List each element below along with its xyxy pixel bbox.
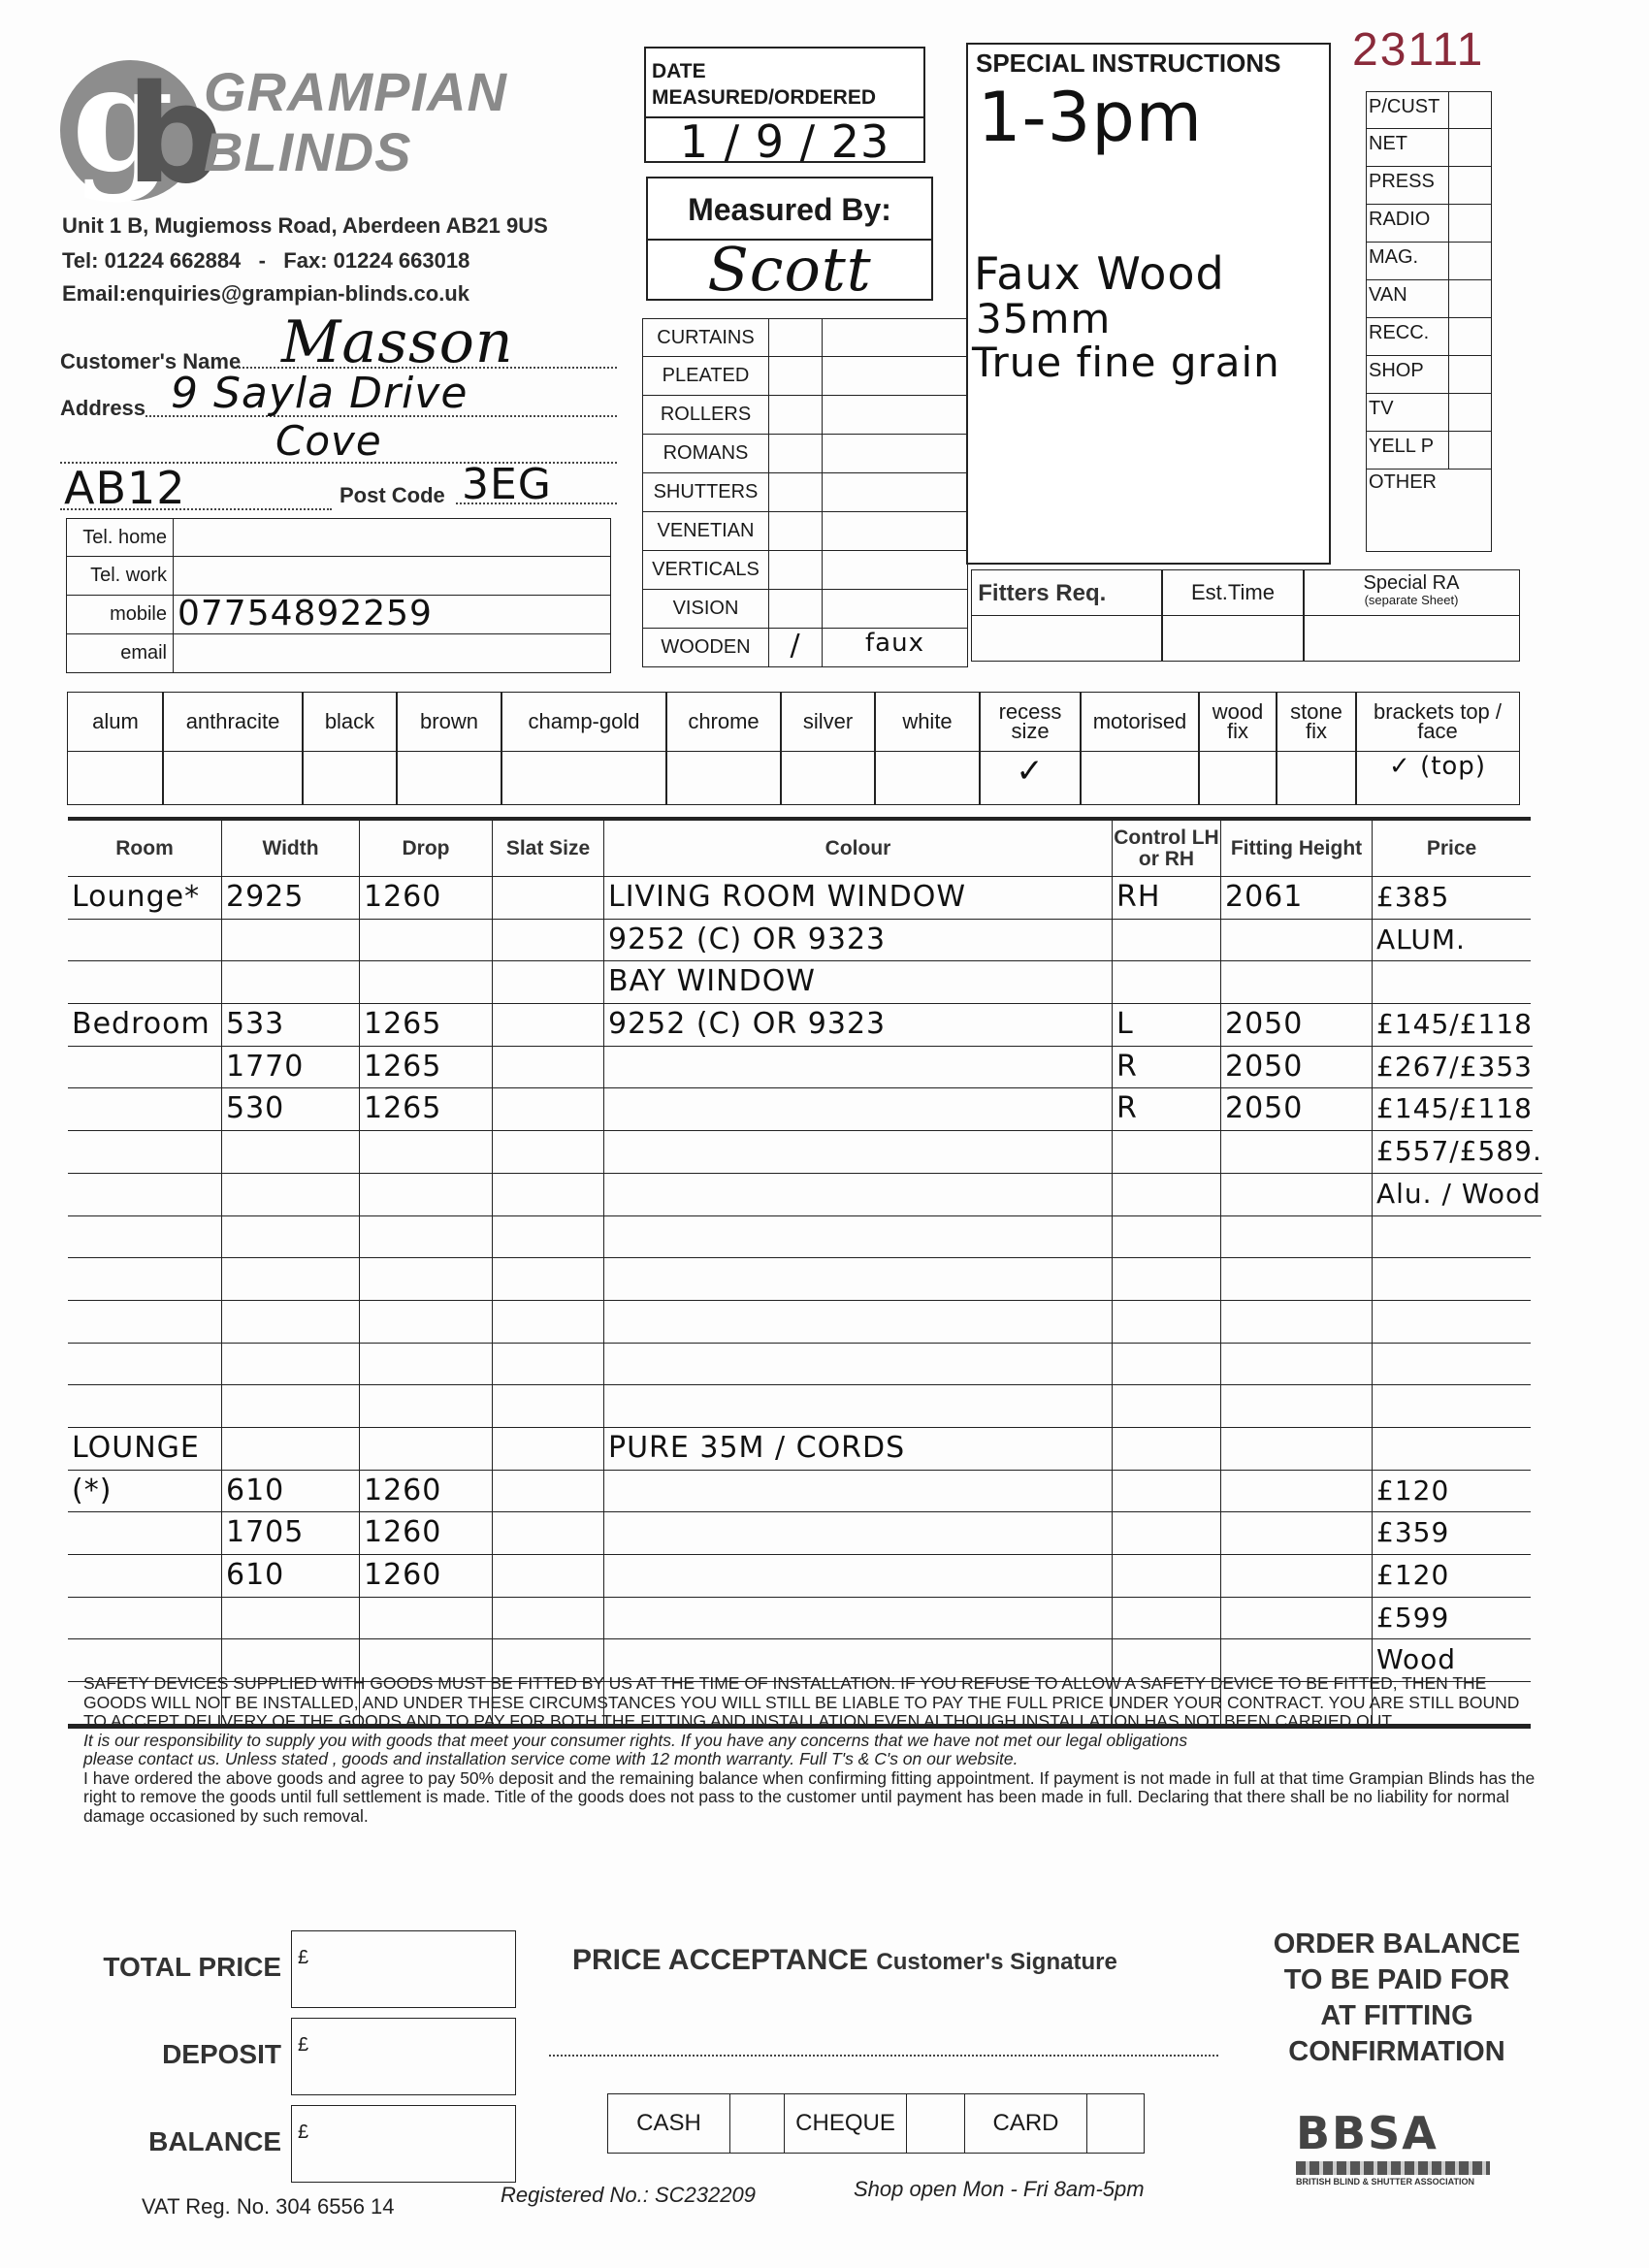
email-field[interactable] bbox=[174, 634, 610, 672]
colour-cell[interactable]: BAY WINDOW bbox=[603, 961, 1112, 1004]
slat-size-cell[interactable] bbox=[492, 1428, 603, 1471]
total-price-label: TOTAL PRICE bbox=[78, 1952, 281, 1983]
special-ra-field[interactable] bbox=[1303, 615, 1520, 662]
room-cell[interactable] bbox=[68, 1216, 221, 1259]
product-type-row: VERTICALS bbox=[642, 551, 968, 590]
colour-cell[interactable]: PURE 35M / CORDS bbox=[603, 1428, 1112, 1471]
fitting-height-cell[interactable] bbox=[1220, 1471, 1372, 1513]
fitting-height-cell[interactable] bbox=[1220, 1258, 1372, 1301]
room-cell[interactable] bbox=[68, 1174, 221, 1216]
option-silver[interactable] bbox=[780, 751, 876, 805]
product-types-table: CURTAINS PLEATED ROLLERS ROMANS SHUTTERS… bbox=[642, 318, 968, 667]
special-ra-label: Special RA(separate Sheet) bbox=[1303, 569, 1520, 616]
control-cell[interactable] bbox=[1112, 1216, 1220, 1259]
contact-row: Tel. work bbox=[66, 557, 611, 596]
control-cell[interactable] bbox=[1112, 1385, 1220, 1428]
source-checkbox[interactable] bbox=[1449, 318, 1491, 355]
order-row: LOUNGEPURE 35M / CORDS bbox=[68, 1428, 1531, 1471]
slat-size-cell[interactable] bbox=[492, 1174, 603, 1216]
drop-cell[interactable]: 1260 bbox=[359, 877, 492, 920]
order-table-header: Room Width Drop Slat Size Colour Control… bbox=[68, 821, 1531, 877]
product-type-row: ROMANS bbox=[642, 435, 968, 473]
product-type-check[interactable] bbox=[769, 435, 823, 472]
order-row bbox=[68, 1385, 1531, 1428]
price-cell[interactable]: £145/£118 bbox=[1372, 1088, 1533, 1131]
source-row[interactable]: RADIO bbox=[1366, 205, 1492, 243]
control-cell[interactable] bbox=[1112, 1301, 1220, 1344]
fitting-height-cell[interactable] bbox=[1220, 1428, 1372, 1471]
control-cell[interactable] bbox=[1112, 961, 1220, 1004]
slat-size-cell[interactable] bbox=[492, 1598, 603, 1640]
colour-cell[interactable] bbox=[603, 1174, 1112, 1216]
price-cell[interactable] bbox=[1372, 1428, 1531, 1471]
option-wood-fix[interactable] bbox=[1198, 751, 1277, 805]
price-cell[interactable]: £145/£118 bbox=[1372, 1004, 1533, 1047]
order-row: (*)6101260£120 bbox=[68, 1471, 1531, 1513]
product-type-check[interactable] bbox=[769, 319, 823, 356]
width-cell[interactable] bbox=[221, 1216, 359, 1259]
fitting-height-cell[interactable]: 2050 bbox=[1220, 1088, 1372, 1131]
fitting-height-cell[interactable] bbox=[1220, 1131, 1372, 1174]
width-cell[interactable] bbox=[221, 1131, 359, 1174]
order-row bbox=[68, 1344, 1531, 1386]
slat-size-cell[interactable] bbox=[492, 877, 603, 920]
price-cell[interactable]: £557/£589. bbox=[1372, 1131, 1542, 1174]
order-row: £599 bbox=[68, 1598, 1531, 1640]
terms-text: SAFETY DEVICES SUPPLIED WITH GOODS MUST … bbox=[83, 1674, 1538, 1826]
fitting-height-cell[interactable] bbox=[1220, 961, 1372, 1004]
room-cell[interactable] bbox=[68, 1385, 221, 1428]
width-cell[interactable] bbox=[221, 920, 359, 962]
control-cell[interactable]: L bbox=[1112, 1004, 1220, 1047]
source-row[interactable]: YELL P bbox=[1366, 432, 1492, 470]
room-cell[interactable] bbox=[68, 1555, 221, 1598]
option-recess-size-check[interactable]: ✓ bbox=[979, 751, 1082, 805]
option-chrome[interactable] bbox=[665, 751, 782, 805]
product-type-check[interactable]: / bbox=[769, 629, 823, 666]
source-row[interactable]: NET bbox=[1366, 129, 1492, 167]
order-balance-note: ORDER BALANCE TO BE PAID FOR AT FITTING … bbox=[1251, 1927, 1542, 2070]
drop-cell[interactable] bbox=[359, 1258, 492, 1301]
order-row bbox=[68, 1216, 1531, 1259]
source-checkbox[interactable] bbox=[1449, 356, 1491, 393]
source-checkbox[interactable] bbox=[1449, 432, 1491, 469]
order-row: 6101260£120 bbox=[68, 1555, 1531, 1598]
width-cell[interactable]: 610 bbox=[221, 1471, 359, 1513]
postcode-value[interactable]: 3EG bbox=[462, 460, 552, 509]
order-row bbox=[68, 1258, 1531, 1301]
control-cell[interactable] bbox=[1112, 1555, 1220, 1598]
drop-cell[interactable] bbox=[359, 1428, 492, 1471]
room-cell[interactable] bbox=[68, 961, 221, 1004]
product-type-row: CURTAINS bbox=[642, 318, 968, 357]
drop-cell[interactable] bbox=[359, 1598, 492, 1640]
product-type-check[interactable] bbox=[769, 396, 823, 434]
product-type-row: WOODEN/faux bbox=[642, 629, 968, 667]
slat-size-cell[interactable] bbox=[492, 1004, 603, 1047]
deposit-label: DEPOSIT bbox=[78, 2039, 281, 2070]
fitting-height-cell[interactable] bbox=[1220, 1216, 1372, 1259]
bbsa-mark: BBSA bbox=[1296, 2107, 1490, 2159]
price-cell[interactable]: £120 bbox=[1372, 1555, 1531, 1598]
control-cell[interactable] bbox=[1112, 1174, 1220, 1216]
width-cell[interactable] bbox=[221, 1428, 359, 1471]
source-checkbox[interactable] bbox=[1449, 167, 1491, 204]
special-instructions-box: SPECIAL INSTRUCTIONS 1-3pm Faux Wood 35m… bbox=[966, 43, 1331, 565]
source-row[interactable]: RECC. bbox=[1366, 318, 1492, 356]
product-type-check[interactable] bbox=[769, 551, 823, 589]
tel-home-field[interactable] bbox=[174, 519, 610, 556]
option-brackets-check[interactable]: ✓ (top) bbox=[1355, 751, 1520, 805]
special-instructions-size[interactable]: 35mm bbox=[968, 298, 1329, 340]
company-email: Email:enquiries@grampian-blinds.co.uk bbox=[62, 281, 469, 307]
source-row[interactable]: VAN bbox=[1366, 280, 1492, 318]
balance-label: BALANCE bbox=[78, 2126, 281, 2157]
drop-cell[interactable] bbox=[359, 1344, 492, 1386]
control-cell[interactable] bbox=[1112, 1258, 1220, 1301]
source-checkbox[interactable] bbox=[1449, 394, 1491, 431]
price-cell[interactable] bbox=[1372, 1344, 1531, 1386]
vat-number: VAT Reg. No. 304 6556 14 bbox=[142, 2194, 395, 2219]
payment-cheque-checkbox[interactable] bbox=[907, 2094, 965, 2153]
fitting-height-cell[interactable] bbox=[1220, 1174, 1372, 1216]
address-label: Address bbox=[60, 396, 145, 421]
room-cell[interactable]: (*) bbox=[68, 1471, 221, 1513]
slat-size-cell[interactable] bbox=[492, 1301, 603, 1344]
price-cell[interactable] bbox=[1372, 1258, 1531, 1301]
price-cell[interactable]: £120 bbox=[1372, 1471, 1531, 1513]
price-cell[interactable] bbox=[1372, 961, 1531, 1004]
option-anthracite[interactable] bbox=[162, 751, 304, 805]
width-cell[interactable]: 1705 bbox=[221, 1512, 359, 1555]
source-checkbox[interactable] bbox=[1449, 280, 1491, 317]
payment-card-checkbox[interactable] bbox=[1087, 2094, 1144, 2153]
option-black[interactable] bbox=[302, 751, 398, 805]
order-row: 17701265R2050£267/£353 bbox=[68, 1047, 1531, 1089]
contact-table: Tel. home Tel. work mobile07754892259 em… bbox=[66, 518, 611, 673]
drop-cell[interactable] bbox=[359, 961, 492, 1004]
room-cell[interactable] bbox=[68, 1512, 221, 1555]
special-instructions-time[interactable]: 1-3pm bbox=[968, 82, 1329, 152]
colour-cell[interactable] bbox=[603, 1047, 1112, 1089]
measured-by-value[interactable]: Scott bbox=[648, 241, 931, 299]
drop-cell[interactable] bbox=[359, 1216, 492, 1259]
price-cell[interactable]: ALUM. bbox=[1372, 920, 1531, 962]
shop-hours: Shop open Mon - Fri 8am-5pm bbox=[854, 2177, 1145, 2202]
postcode-label: Post Code bbox=[339, 483, 445, 508]
control-cell[interactable]: R bbox=[1112, 1088, 1220, 1131]
slat-size-cell[interactable] bbox=[492, 1047, 603, 1089]
order-table: Room Width Drop Slat Size Colour Control… bbox=[68, 817, 1531, 1729]
contact-row: mobile07754892259 bbox=[66, 596, 611, 634]
drop-cell[interactable] bbox=[359, 920, 492, 962]
control-cell[interactable] bbox=[1112, 1131, 1220, 1174]
fitting-height-cell[interactable] bbox=[1220, 1598, 1372, 1640]
price-cell[interactable] bbox=[1372, 1301, 1531, 1344]
address-line3-value[interactable]: AB12 bbox=[64, 462, 186, 514]
order-row: Bedroom53312659252 (C) OR 9323L2050£145/… bbox=[68, 1004, 1531, 1047]
customer-signature-line[interactable] bbox=[549, 2055, 1218, 2057]
payment-method-table: CASH CHEQUE CARD bbox=[607, 2093, 1145, 2154]
bbsa-bars-icon bbox=[1296, 2161, 1490, 2175]
price-cell[interactable] bbox=[1372, 1385, 1531, 1428]
payment-cash-label: CASH bbox=[608, 2094, 730, 2153]
option-champ-gold[interactable] bbox=[501, 751, 667, 805]
price-acceptance: PRICE ACCEPTANCE Customer's Signature bbox=[572, 1944, 1117, 1977]
drop-cell[interactable]: 1265 bbox=[359, 1047, 492, 1089]
payment-cash-checkbox[interactable] bbox=[730, 2094, 785, 2153]
room-cell[interactable] bbox=[68, 1131, 221, 1174]
contact-row: Tel. home bbox=[66, 518, 611, 557]
colour-cell[interactable] bbox=[603, 1131, 1112, 1174]
source-row[interactable]: PRESS bbox=[1366, 167, 1492, 205]
mobile-field[interactable]: 07754892259 bbox=[174, 596, 610, 633]
deposit-field[interactable]: £ bbox=[291, 2018, 516, 2095]
est-time-label: Est.Time bbox=[1161, 569, 1305, 616]
special-instructions-finish[interactable]: True fine grain bbox=[968, 340, 1329, 385]
source-row[interactable]: P/CUST bbox=[1366, 91, 1492, 129]
drop-cell[interactable] bbox=[359, 1301, 492, 1344]
customer-name-value[interactable]: Masson bbox=[281, 308, 514, 376]
option-brown[interactable] bbox=[396, 751, 502, 805]
drop-cell[interactable] bbox=[359, 1385, 492, 1428]
slat-size-cell[interactable] bbox=[492, 1555, 603, 1598]
special-instructions-product[interactable]: Faux Wood bbox=[968, 249, 1329, 298]
room-cell[interactable] bbox=[68, 1301, 221, 1344]
fitting-height-cell[interactable] bbox=[1220, 1385, 1372, 1428]
measured-by-label: Measured By: bbox=[648, 178, 931, 241]
width-cell[interactable]: 2925 bbox=[221, 877, 359, 920]
fitting-height-cell[interactable]: 2061 bbox=[1220, 877, 1372, 920]
control-cell[interactable] bbox=[1112, 920, 1220, 962]
fitting-height-cell[interactable] bbox=[1220, 1344, 1372, 1386]
terms-warranty: please contact us. Unless stated , goods… bbox=[83, 1750, 1538, 1769]
slat-size-cell[interactable] bbox=[492, 1131, 603, 1174]
drop-cell[interactable] bbox=[359, 1131, 492, 1174]
width-cell[interactable]: 533 bbox=[221, 1004, 359, 1047]
room-cell[interactable] bbox=[68, 1258, 221, 1301]
price-cell[interactable]: £267/£353 bbox=[1372, 1047, 1533, 1089]
slat-size-cell[interactable] bbox=[492, 1088, 603, 1131]
options-table: alum anthracite black brown champ-gold c… bbox=[68, 693, 1519, 804]
company-address: Unit 1 B, Mugiemoss Road, Aberdeen AB21 … bbox=[62, 213, 548, 239]
address-line2-value[interactable]: Cove bbox=[275, 417, 382, 465]
slat-size-cell[interactable] bbox=[492, 1512, 603, 1555]
colour-cell[interactable] bbox=[603, 1555, 1112, 1598]
measured-by-box: Measured By: Scott bbox=[646, 177, 933, 301]
width-cell[interactable] bbox=[221, 1598, 359, 1640]
slat-size-cell[interactable] bbox=[492, 920, 603, 962]
room-cell[interactable] bbox=[68, 1598, 221, 1640]
order-row: Lounge*29251260LIVING ROOM WINDOWRH2061£… bbox=[68, 877, 1531, 920]
width-cell[interactable] bbox=[221, 1385, 359, 1428]
order-row: 9252 (C) OR 9323ALUM. bbox=[68, 920, 1531, 962]
payment-card-label: CARD bbox=[965, 2094, 1087, 2153]
slat-size-cell[interactable] bbox=[492, 961, 603, 1004]
drop-cell[interactable] bbox=[359, 1174, 492, 1216]
product-type-row: VISION bbox=[642, 590, 968, 629]
width-cell[interactable] bbox=[221, 1258, 359, 1301]
width-cell[interactable] bbox=[221, 961, 359, 1004]
colour-cell[interactable] bbox=[603, 1088, 1112, 1131]
option-alum[interactable] bbox=[67, 751, 164, 805]
drop-cell[interactable]: 1260 bbox=[359, 1555, 492, 1598]
control-cell[interactable]: R bbox=[1112, 1047, 1220, 1089]
product-type-check[interactable] bbox=[769, 473, 823, 511]
option-stone-fix[interactable] bbox=[1276, 751, 1357, 805]
terms-payment: I have ordered the above goods and agree… bbox=[83, 1769, 1538, 1827]
control-cell[interactable] bbox=[1112, 1344, 1220, 1386]
fitting-height-cell[interactable] bbox=[1220, 920, 1372, 962]
order-row bbox=[68, 1301, 1531, 1344]
source-checkbox[interactable] bbox=[1449, 129, 1491, 166]
control-cell[interactable] bbox=[1112, 1471, 1220, 1513]
price-cell[interactable] bbox=[1372, 1216, 1531, 1259]
room-cell[interactable] bbox=[68, 1047, 221, 1089]
slat-size-cell[interactable] bbox=[492, 1344, 603, 1386]
drop-cell[interactable]: 1265 bbox=[359, 1088, 492, 1131]
control-cell[interactable] bbox=[1112, 1428, 1220, 1471]
terms-consumer-rights: It is our responsibility to supply you w… bbox=[83, 1732, 1538, 1751]
room-cell[interactable]: Lounge* bbox=[68, 877, 221, 920]
colour-cell[interactable] bbox=[603, 1598, 1112, 1640]
company-name-line1: GRAMPIAN bbox=[204, 60, 507, 123]
bbsa-subtitle: BRITISH BLIND & SHUTTER ASSOCIATION bbox=[1296, 2177, 1490, 2187]
order-row: £557/£589. bbox=[68, 1131, 1531, 1174]
contact-row: email bbox=[66, 634, 611, 673]
balance-field[interactable]: £ bbox=[291, 2105, 516, 2183]
bbsa-logo: BBSA BRITISH BLIND & SHUTTER ASSOCIATION bbox=[1296, 2107, 1490, 2187]
payment-cheque-label: CHEQUE bbox=[785, 2094, 907, 2153]
fitting-height-cell[interactable] bbox=[1220, 1301, 1372, 1344]
product-type-check[interactable] bbox=[769, 512, 823, 550]
colour-cell[interactable] bbox=[603, 1216, 1112, 1259]
slat-size-cell[interactable] bbox=[492, 1216, 603, 1259]
product-type-row: SHUTTERS bbox=[642, 473, 968, 512]
control-cell[interactable]: RH bbox=[1112, 877, 1220, 920]
slat-size-cell[interactable] bbox=[492, 1471, 603, 1513]
order-row: BAY WINDOW bbox=[68, 961, 1531, 1004]
room-cell[interactable] bbox=[68, 920, 221, 962]
width-cell[interactable]: 1770 bbox=[221, 1047, 359, 1089]
colour-cell[interactable] bbox=[603, 1301, 1112, 1344]
source-checkbox[interactable] bbox=[1449, 92, 1491, 128]
colour-cell[interactable]: 9252 (C) OR 9323 bbox=[603, 920, 1112, 962]
colour-cell[interactable] bbox=[603, 1385, 1112, 1428]
slat-size-cell[interactable] bbox=[492, 1258, 603, 1301]
source-checkbox[interactable] bbox=[1449, 243, 1491, 279]
product-type-check[interactable] bbox=[769, 590, 823, 628]
source-row[interactable]: MAG. bbox=[1366, 243, 1492, 280]
colour-cell[interactable]: 9252 (C) OR 9323 bbox=[603, 1004, 1112, 1047]
source-list: P/CUST NET PRESS RADIO MAG. VAN RECC. SH… bbox=[1366, 91, 1492, 552]
order-row: 17051260£359 bbox=[68, 1512, 1531, 1555]
fitting-height-cell[interactable] bbox=[1220, 1555, 1372, 1598]
address-line1-value[interactable]: 9 Sayla Drive bbox=[171, 369, 468, 418]
colour-cell[interactable] bbox=[603, 1512, 1112, 1555]
control-cell[interactable] bbox=[1112, 1598, 1220, 1640]
date-value[interactable]: 1 / 9 / 23 bbox=[646, 118, 923, 165]
colour-cell[interactable]: LIVING ROOM WINDOW bbox=[603, 877, 1112, 920]
fitting-height-cell[interactable]: 2050 bbox=[1220, 1047, 1372, 1089]
company-name-line2: BLINDS bbox=[204, 120, 411, 183]
product-type-row: PLEATED bbox=[642, 357, 968, 396]
fitting-height-cell[interactable] bbox=[1220, 1512, 1372, 1555]
date-measured-box: DATE MEASURED/ORDERED 1 / 9 / 23 bbox=[644, 47, 925, 163]
source-checkbox[interactable] bbox=[1449, 205, 1491, 242]
room-cell[interactable]: LOUNGE bbox=[68, 1428, 221, 1471]
terms-safety: SAFETY DEVICES SUPPLIED WITH GOODS MUST … bbox=[83, 1674, 1538, 1732]
tel-work-field[interactable] bbox=[174, 557, 610, 595]
fitters-req-label: Fitters Req. bbox=[971, 569, 1163, 616]
drop-cell[interactable]: 1260 bbox=[359, 1512, 492, 1555]
source-row[interactable]: SHOP bbox=[1366, 356, 1492, 394]
room-cell[interactable] bbox=[68, 1344, 221, 1386]
drop-cell[interactable]: 1265 bbox=[359, 1004, 492, 1047]
price-cell[interactable]: £385 bbox=[1372, 877, 1531, 920]
colour-cell[interactable] bbox=[603, 1344, 1112, 1386]
company-contact: Tel: 01224 662884 - Fax: 01224 663018 bbox=[62, 248, 469, 274]
total-price-field[interactable]: £ bbox=[291, 1930, 516, 2008]
width-cell[interactable] bbox=[221, 1174, 359, 1216]
price-cell[interactable]: Alu. / Wood bbox=[1372, 1174, 1541, 1216]
source-row[interactable]: TV bbox=[1366, 394, 1492, 432]
control-cell[interactable] bbox=[1112, 1512, 1220, 1555]
room-cell[interactable] bbox=[68, 1088, 221, 1131]
width-cell[interactable] bbox=[221, 1301, 359, 1344]
option-white[interactable] bbox=[874, 751, 981, 805]
source-other[interactable]: OTHER bbox=[1366, 470, 1492, 552]
product-type-check[interactable] bbox=[769, 357, 823, 395]
width-cell[interactable] bbox=[221, 1344, 359, 1386]
width-cell[interactable]: 610 bbox=[221, 1555, 359, 1598]
colour-cell[interactable] bbox=[603, 1471, 1112, 1513]
drop-cell[interactable]: 1260 bbox=[359, 1471, 492, 1513]
colour-cell[interactable] bbox=[603, 1258, 1112, 1301]
est-time-field[interactable] bbox=[1161, 615, 1305, 662]
width-cell[interactable]: 530 bbox=[221, 1088, 359, 1131]
price-cell[interactable]: £599 bbox=[1372, 1598, 1531, 1640]
fitters-table: Fitters Req. Est.Time Special RA(separat… bbox=[972, 570, 1519, 661]
product-type-row: VENETIAN bbox=[642, 512, 968, 551]
fitters-req-field[interactable] bbox=[971, 615, 1163, 662]
order-row: 5301265R2050£145/£118 bbox=[68, 1088, 1531, 1131]
registered-number: Registered No.: SC232209 bbox=[501, 2183, 756, 2208]
date-label: DATE MEASURED/ORDERED bbox=[646, 49, 923, 118]
serial-number: 23111 bbox=[1352, 23, 1484, 77]
fitting-height-cell[interactable]: 2050 bbox=[1220, 1004, 1372, 1047]
product-type-row: ROLLERS bbox=[642, 396, 968, 435]
room-cell[interactable]: Bedroom bbox=[68, 1004, 221, 1047]
slat-size-cell[interactable] bbox=[492, 1385, 603, 1428]
price-cell[interactable]: £359 bbox=[1372, 1512, 1531, 1555]
order-row: Alu. / Wood bbox=[68, 1174, 1531, 1216]
option-motorised[interactable] bbox=[1080, 751, 1200, 805]
